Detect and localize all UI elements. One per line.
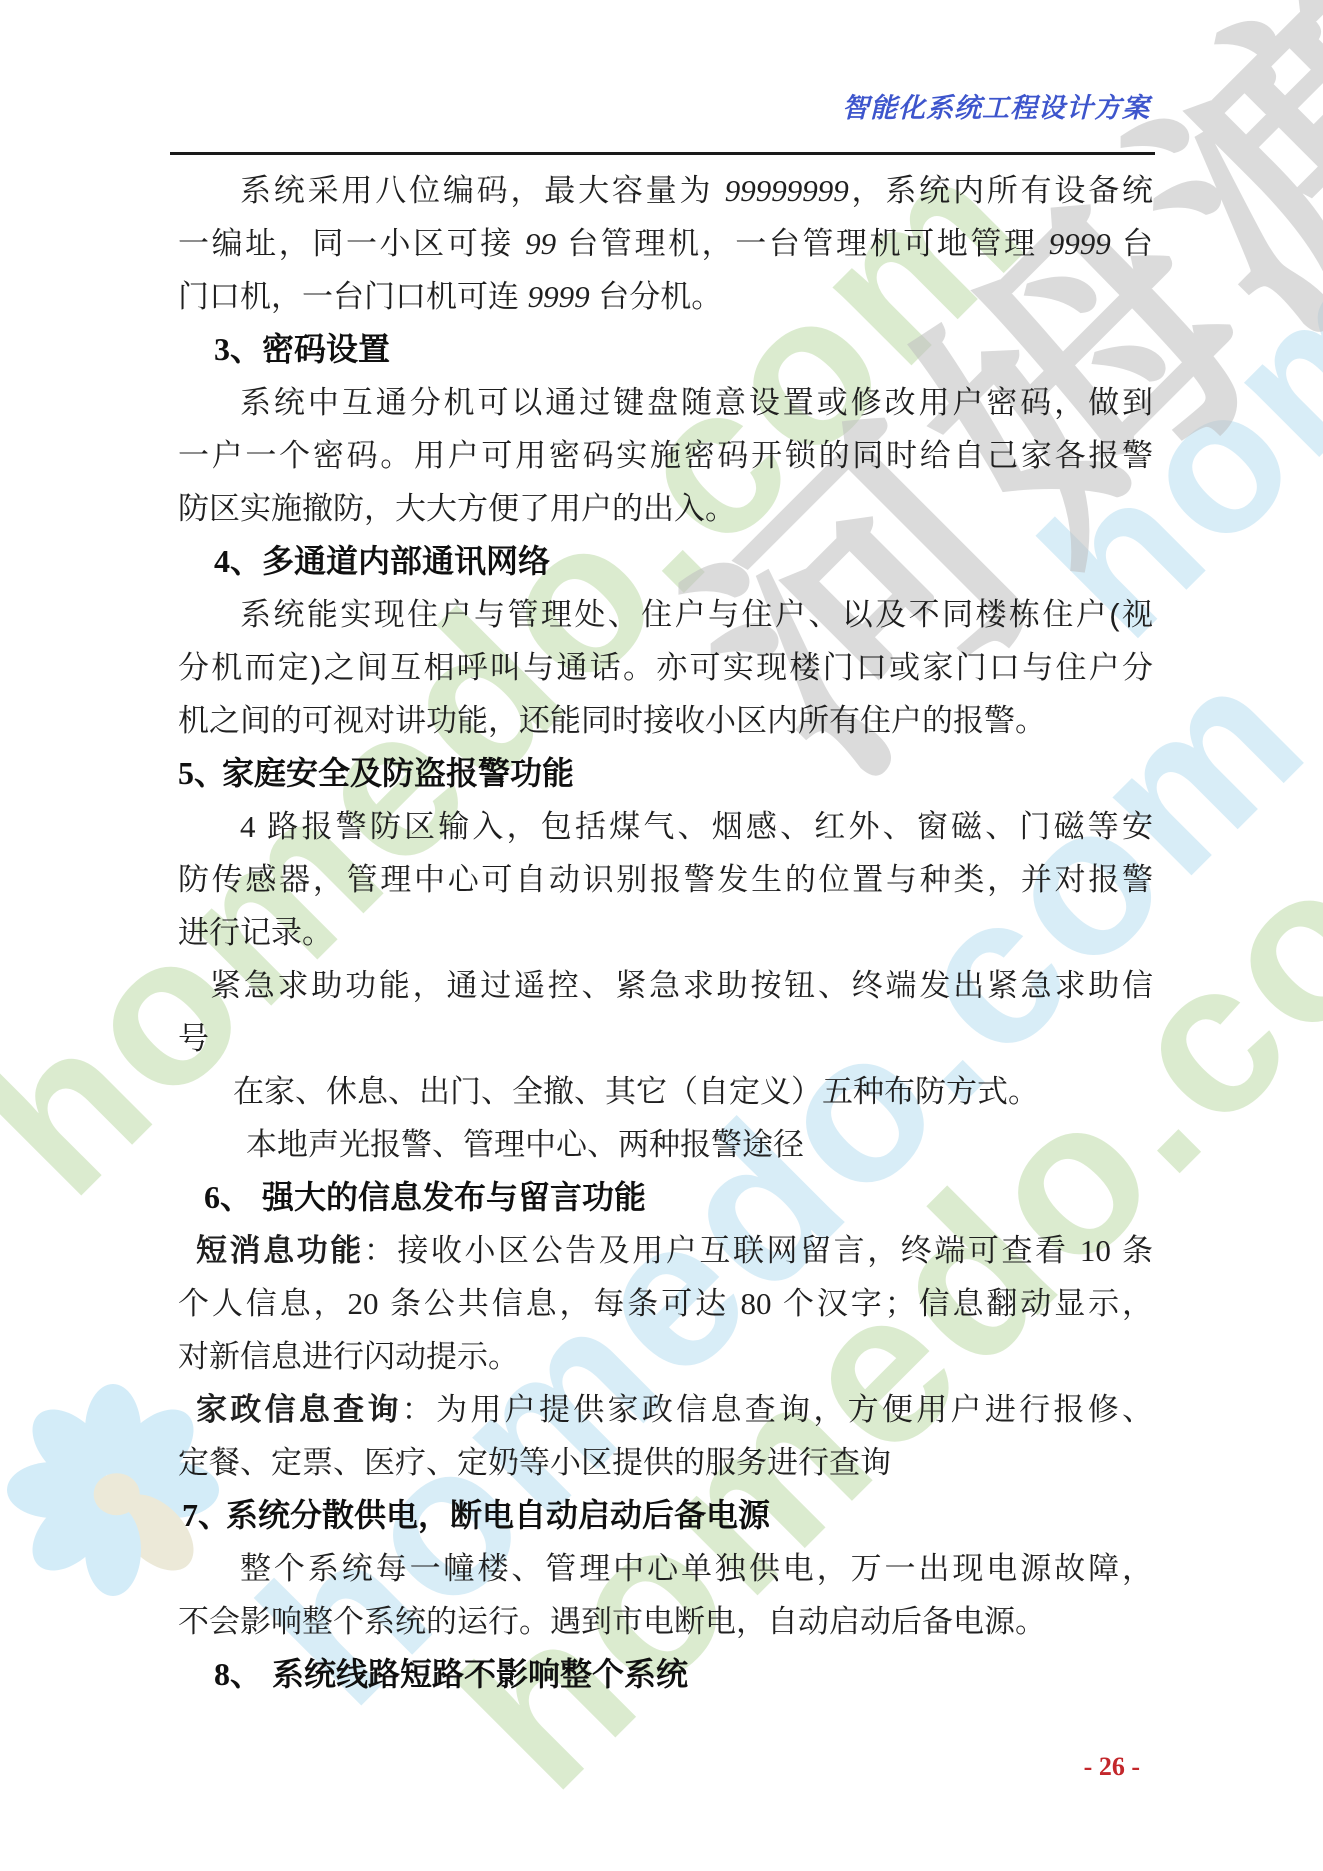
text-line: 号 [178,1012,1153,1065]
text-line: 进行记录。 [178,906,1153,959]
paragraph-section-5: 4 路报警防区输入，包括煤气、烟感、红外、窗磁、门磁等安 防传感器，管理中心可自… [178,800,1153,1171]
section-title: 密码设置 [262,323,390,376]
section-heading-3: 3、 密码设置 [178,323,1153,376]
bold-lead: 家政信息查询 [196,1392,402,1427]
flower-center [93,1473,139,1515]
section-number: 6、 [204,1171,262,1224]
paragraph-section-7: 整个系统每一幢楼、管理中心单独供电，万一出现电源故障， 不会影响整个系统的运行。… [178,1542,1153,1648]
section-title: 家庭安全及防盗报警功能 [222,747,574,800]
text-line: 系统能实现住户与管理处、住户与住户、以及不同楼栋住户(视 [178,588,1153,641]
section-title: 系统分散供电，断电自动启动后备电源 [226,1489,770,1542]
section-title: 强大的信息发布与留言功能 [262,1171,646,1224]
text-line: 一编址，同一小区可接 99 台管理机，一台管理机可地管理 9999 台 [178,217,1153,270]
header-rule [170,152,1155,155]
text-line: 定餐、定票、医疗、定奶等小区提供的服务进行查询 [178,1436,1153,1489]
document-page: homedo.com homedo.com homedo.com homedo.… [0,0,1323,1871]
paragraph-section-6: 短消息功能：接收小区公告及用户互联网留言，终端可查看 10 条 个人信息，20 … [178,1224,1153,1489]
section-number: 5、 [178,747,222,800]
paragraph-intro: 系统采用八位编码，最大容量为 99999999，系统内所有设备统 一编址，同一小… [178,164,1153,323]
text-line: 本地声光报警、管理中心、两种报警途径 [178,1118,1153,1171]
text-line: 对新信息进行闪动提示。 [178,1330,1153,1383]
section-number: 8、 [214,1648,272,1701]
section-number: 7、 [182,1489,226,1542]
bold-lead: 短消息功能 [196,1233,364,1268]
text-line: 4 路报警防区输入，包括煤气、烟感、红外、窗磁、门磁等安 [178,800,1153,853]
section-title: 系统线路短路不影响整个系统 [272,1648,688,1701]
text-line: 不会影响整个系统的运行。遇到市电断电，自动启动后备电源。 [178,1595,1153,1648]
text-line: 系统采用八位编码，最大容量为 99999999，系统内所有设备统 [178,164,1153,217]
section-heading-5: 5、 家庭安全及防盗报警功能 [178,747,1153,800]
section-heading-4: 4、 多通道内部通讯网络 [178,535,1153,588]
page-header-title: 智能化系统工程设计方案 [842,86,1150,125]
text-line: 门口机，一台门口机可连 9999 台分机。 [178,270,1153,323]
section-number: 4、 [214,535,262,588]
text-line: 在家、休息、出门、全撤、其它（自定义）五种布防方式。 [178,1065,1153,1118]
text-line: 个人信息，20 条公共信息，每条可达 80 个汉字；信息翻动显示， [178,1277,1153,1330]
text-line: 家政信息查询：为用户提供家政信息查询，方便用户进行报修、 [178,1383,1153,1436]
text-line: 一户一个密码。用户可用密码实施密码开锁的同时给自己家各报警 [178,429,1153,482]
section-heading-8: 8、 系统线路短路不影响整个系统 [178,1648,1153,1701]
section-title: 多通道内部通讯网络 [262,535,550,588]
paragraph-section-4: 系统能实现住户与管理处、住户与住户、以及不同楼栋住户(视 分机而定)之间互相呼叫… [178,588,1153,747]
text-line: 机之间的可视对讲功能，还能同时接收小区内所有住户的报警。 [178,694,1153,747]
text-line: 防传感器，管理中心可自动识别报警发生的位置与种类，并对报警 [178,853,1153,906]
paragraph-section-3: 系统中互通分机可以通过键盘随意设置或修改用户密码，做到 一户一个密码。用户可用密… [178,376,1153,535]
page-number: - 26 - [1084,1752,1140,1782]
document-body: 系统采用八位编码，最大容量为 99999999，系统内所有设备统 一编址，同一小… [178,164,1153,1701]
text-line: 系统中互通分机可以通过键盘随意设置或修改用户密码，做到 [178,376,1153,429]
section-number: 3、 [214,323,262,376]
section-heading-6: 6、 强大的信息发布与留言功能 [178,1171,1153,1224]
text-line: 整个系统每一幢楼、管理中心单独供电，万一出现电源故障， [178,1542,1153,1595]
section-heading-7: 7、 系统分散供电，断电自动启动后备电源 [178,1489,1153,1542]
text-line: 分机而定)之间互相呼叫与通话。亦可实现楼门口或家门口与住户分 [178,641,1153,694]
text-line: 短消息功能：接收小区公告及用户互联网留言，终端可查看 10 条 [178,1224,1153,1277]
text-line: 防区实施撤防，大大方便了用户的出入。 [178,482,1153,535]
text-line: 紧急求助功能，通过遥控、紧急求助按钮、终端发出紧急求助信 [178,959,1153,1012]
